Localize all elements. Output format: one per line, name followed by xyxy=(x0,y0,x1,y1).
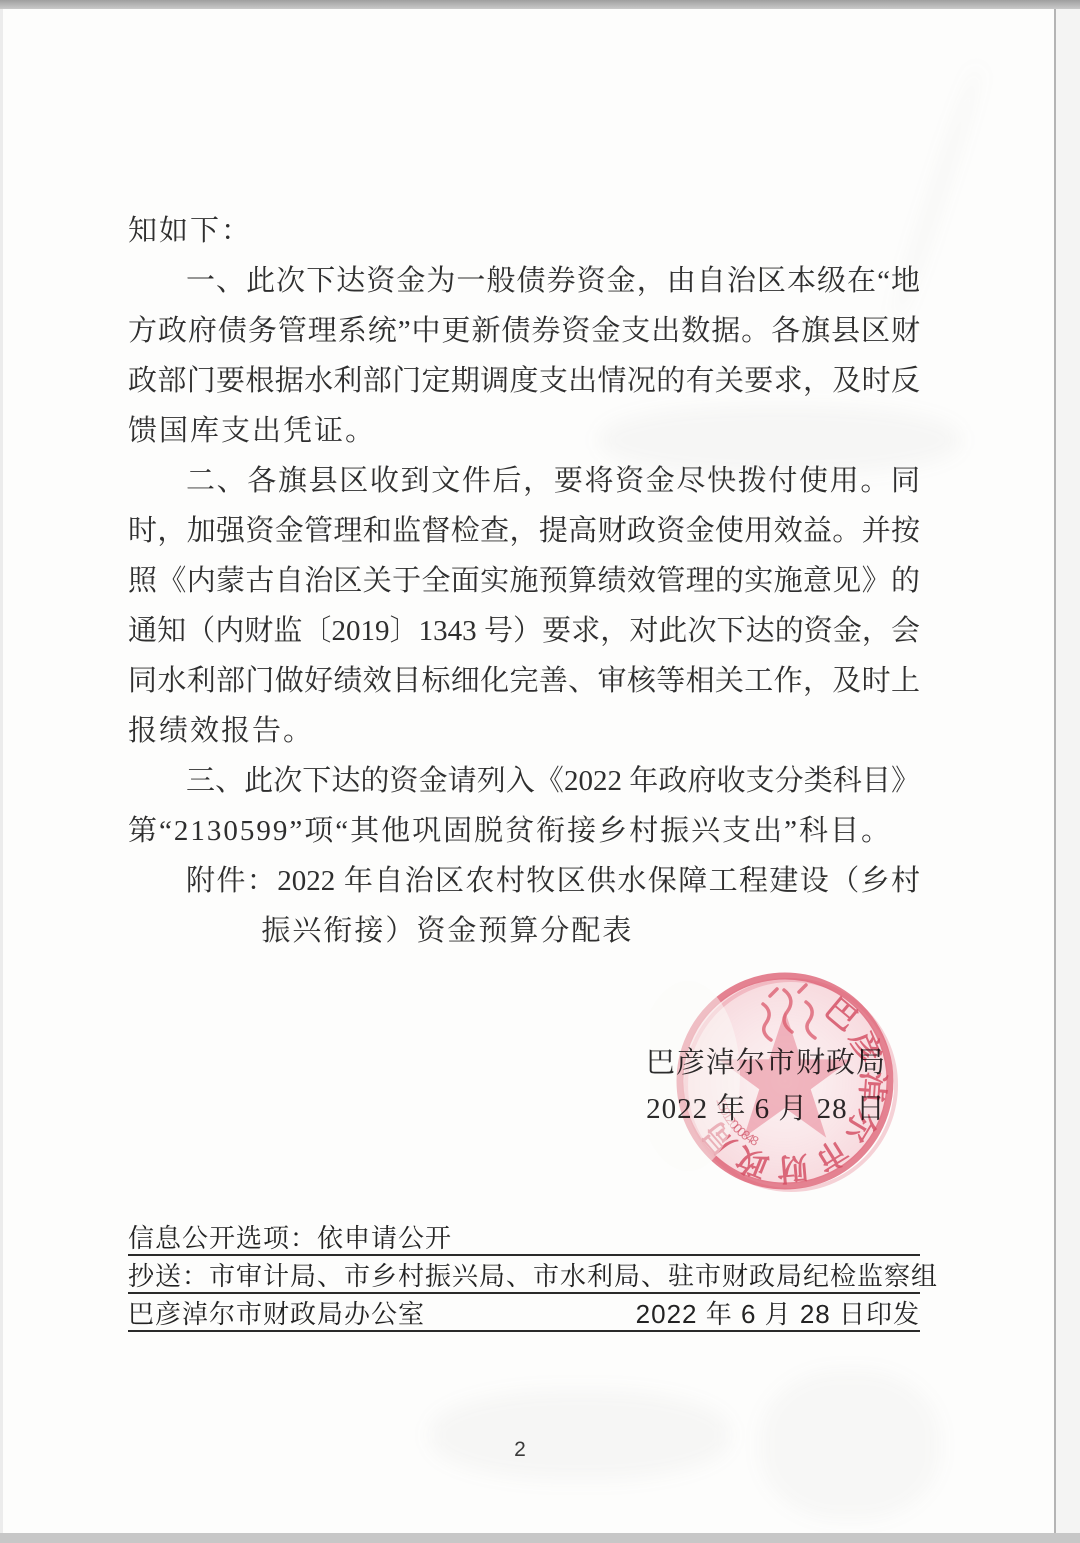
document-line: 报绩效报告。 xyxy=(128,706,920,756)
footer-block: 信息公开选项：依申请公开抄送：市审计局、市乡村振兴局、市水利局、驻市财政局纪检监… xyxy=(128,1220,920,1332)
document-line: 时，加强资金管理和监督检查，提高财政资金使用效益。并按 xyxy=(128,506,920,556)
document-line: 馈国库支出凭证。 xyxy=(128,406,920,456)
scan-top-edge xyxy=(0,0,1080,9)
scanned-document-page: 知如下：一、此次下达资金为一般债券资金，由自治区本级在“地方政府债务管理系统”中… xyxy=(0,0,1080,1543)
document-line: 二、各旗县区收到文件后，要将资金尽快拨付使用。同 xyxy=(128,456,920,506)
document-line: 通知（内财监〔2019〕1343 号）要求，对此次下达的资金，会 xyxy=(128,606,920,656)
document-line: 三、此次下达的资金请列入《2022 年政府收支分类科目》 xyxy=(128,756,920,806)
document-line: 知如下： xyxy=(128,206,920,256)
footer-row-left-text: 巴彦淖尔市财政局办公室 xyxy=(128,1298,425,1330)
document-line: 政部门要根据水利部门定期调度支出情况的有关要求，及时反 xyxy=(128,356,920,406)
footer-row-left-text: 信息公开选项：依申请公开 xyxy=(128,1222,452,1254)
seal-ring-character: 财 xyxy=(776,1149,810,1187)
scan-right-edge-line xyxy=(1054,0,1056,1543)
footer-row-left-text: 抄送：市审计局、市乡村振兴局、市水利局、驻市财政局纪检监察组 xyxy=(128,1260,938,1292)
footer-row-right-text: 2022 年 6 月 28 日印发 xyxy=(636,1298,920,1330)
footer-row: 抄送：市审计局、市乡村振兴局、市水利局、驻市财政局纪检监察组 xyxy=(128,1258,920,1294)
document-line: 照《内蒙古自治区关于全面实施预算绩效管理的实施意见》的 xyxy=(128,556,920,606)
scan-right-margin xyxy=(1056,0,1080,1543)
footer-row: 巴彦淖尔市财政局办公室2022 年 6 月 28 日印发 xyxy=(128,1296,920,1332)
document-line: 方政府债务管理系统”中更新债券资金支出数据。各旗县区财 xyxy=(128,306,920,356)
page-number: 2 xyxy=(0,1438,1040,1462)
document-line: 一、此次下达资金为一般债券资金，由自治区本级在“地 xyxy=(128,256,920,306)
bleed-through-mark xyxy=(430,1390,730,1480)
scan-left-edge xyxy=(0,0,3,1543)
scan-bottom-edge xyxy=(0,1533,1080,1543)
document-line: 附件：2022 年自治区农村牧区供水保障工程建设（乡村 xyxy=(128,856,920,906)
official-seal: 巴彦淖尔市财政局 15012000848 xyxy=(650,946,920,1216)
body-text: 知如下：一、此次下达资金为一般债券资金，由自治区本级在“地方政府债务管理系统”中… xyxy=(128,206,920,956)
document-line: 同水利部门做好绩效目标细化完善、审核等相关工作，及时上 xyxy=(128,656,920,706)
footer-row: 信息公开选项：依申请公开 xyxy=(128,1220,920,1256)
seal-ring-character: 淖 xyxy=(854,1070,891,1103)
document-line: 第“2130599”项“其他巩固脱贫衔接乡村振兴支出”科目。 xyxy=(128,806,920,856)
